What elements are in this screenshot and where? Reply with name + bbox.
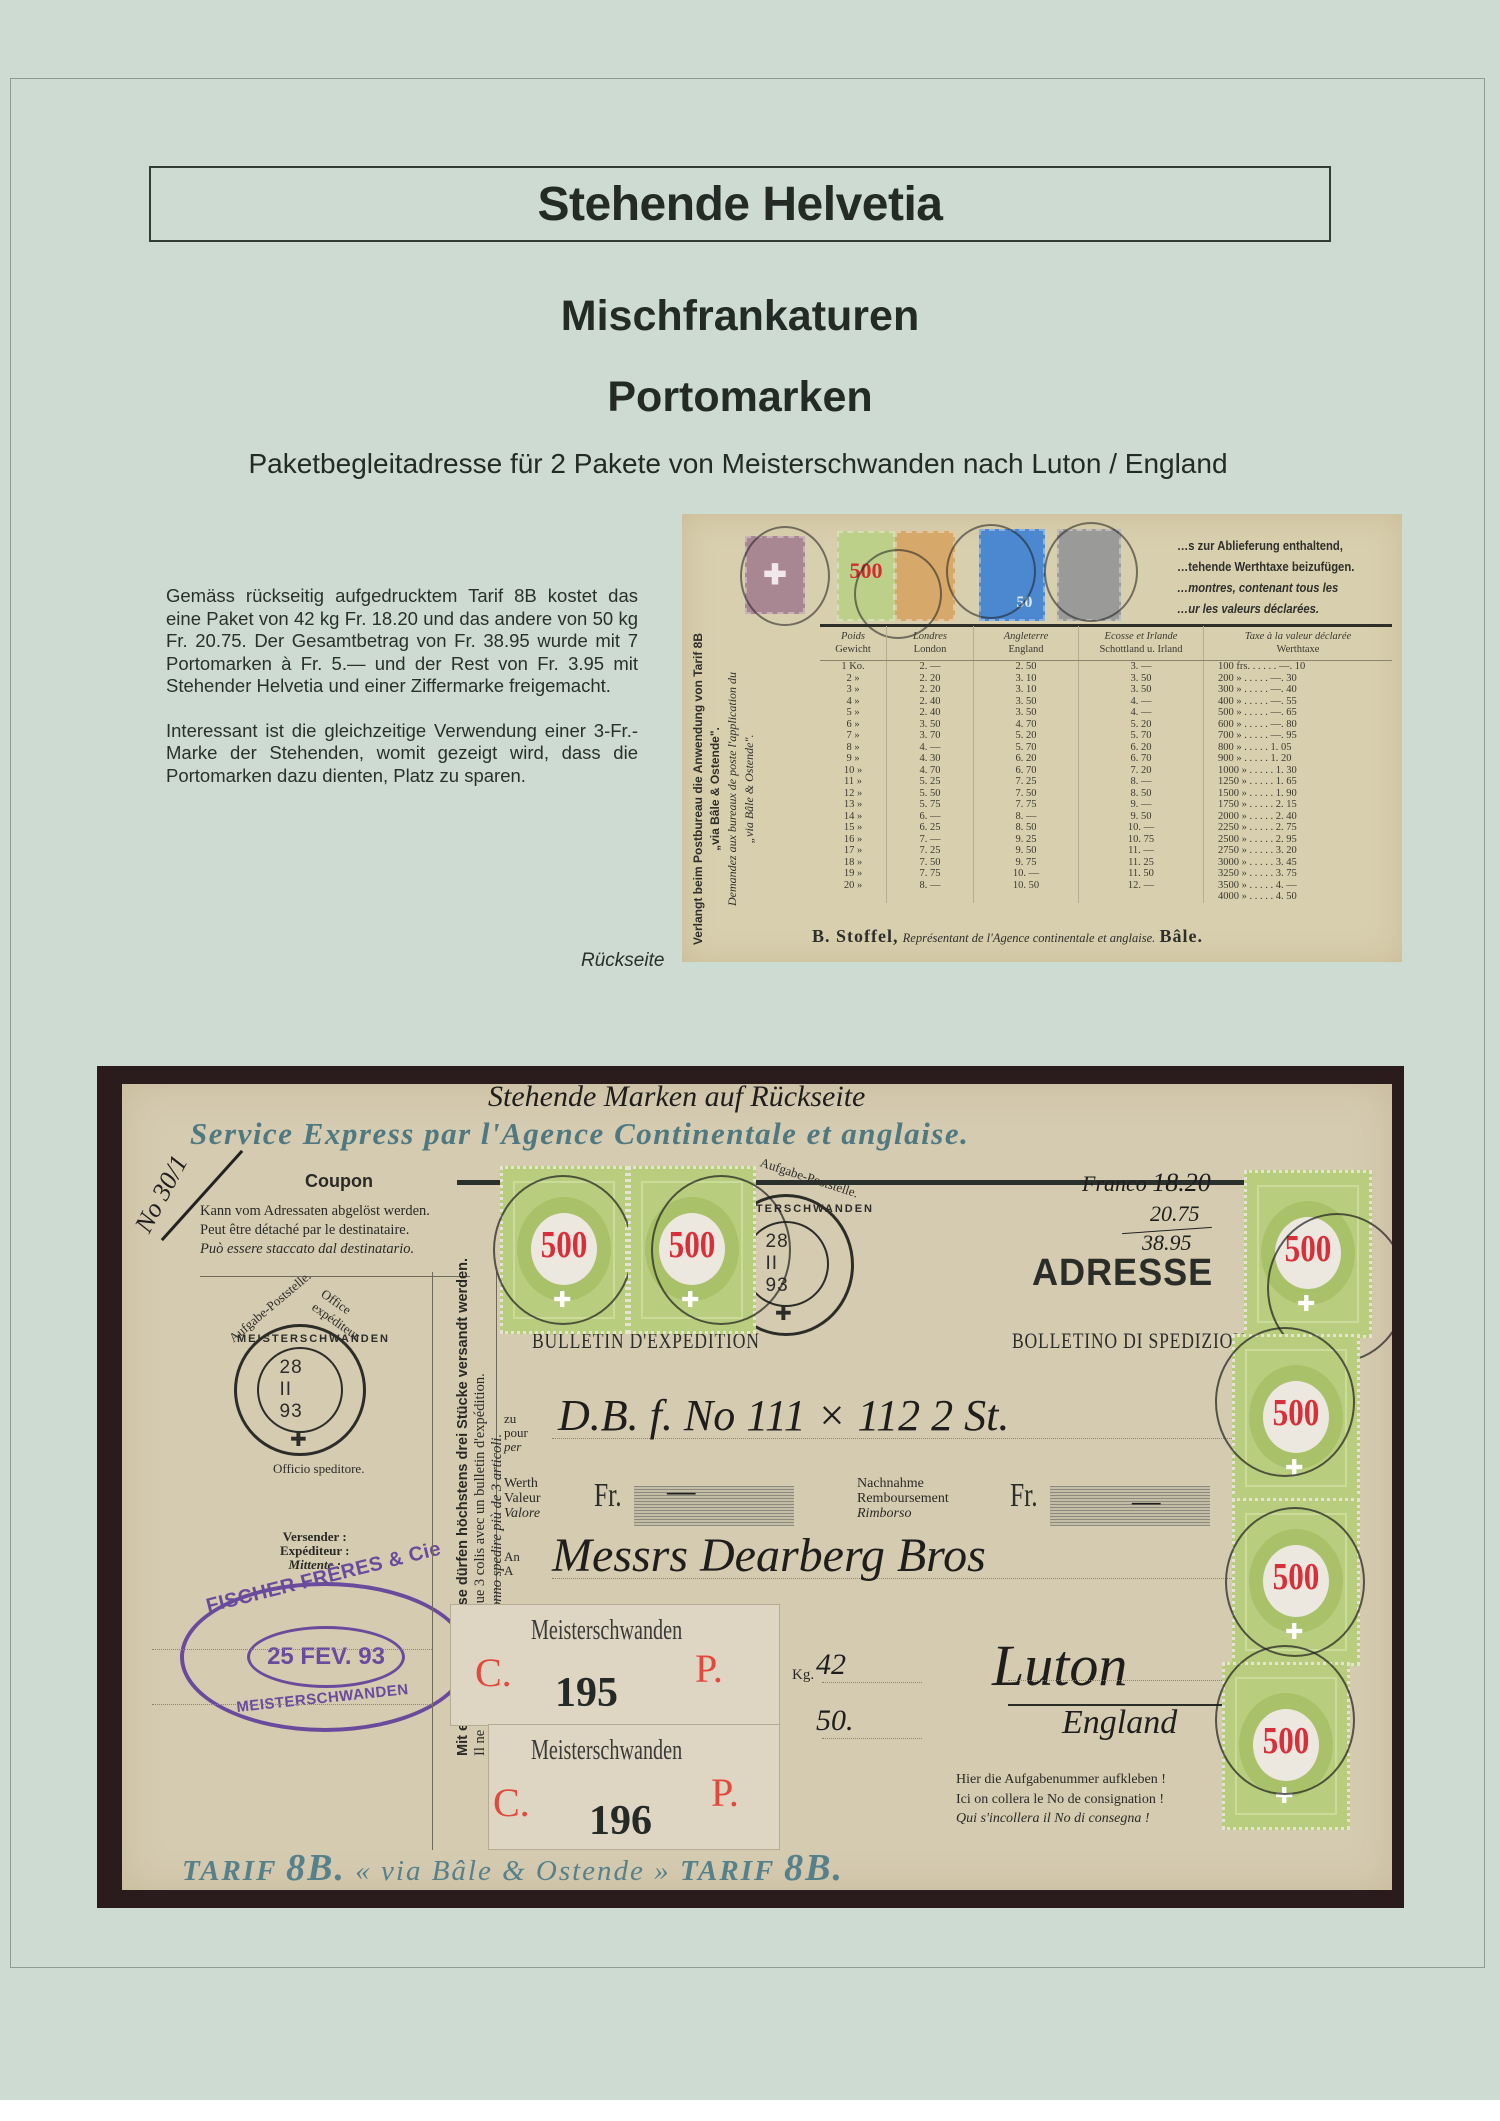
sender-line — [152, 1704, 432, 1705]
tariff-cell: 9. 50 — [1079, 811, 1204, 823]
sender-stamp-date: 25 FEV. 93 — [247, 1626, 405, 1688]
tariff-cell: 6. 25 — [887, 822, 974, 834]
tariff-cell: 10. — — [974, 868, 1079, 880]
column-divider — [432, 1272, 433, 1850]
tariff-cell: 2000 » . . . . . 2. 40 — [1204, 811, 1393, 823]
franco-amount: 20.75 — [1150, 1201, 1200, 1227]
tariff-cell: 16 » — [820, 834, 887, 846]
tariff-cell: 3000 » . . . . . 3. 45 — [1204, 857, 1393, 869]
werth-value: — — [667, 1472, 695, 1509]
tariff-cell: 2. — — [887, 661, 974, 673]
werth-field — [634, 1486, 794, 1526]
tariff-cell: 7. — — [887, 834, 974, 846]
heading-portomarken: Portomarken — [0, 373, 1480, 422]
zu-label: zu pour per — [504, 1412, 528, 1454]
tariff-cell: 2. 50 — [974, 661, 1079, 673]
tariff-row: 14 »6. —8. —9. 502000 » . . . . . 2. 40 — [820, 811, 1392, 823]
handwritten-number: No 30/1 — [129, 1150, 194, 1237]
tariff-row: 17 »7. 259. 5011. —2750 » . . . . . 3. 2… — [820, 845, 1392, 857]
tariff-cell: 7 » — [820, 730, 887, 742]
tariff-cell: 400 » . . . . . —. 55 — [1204, 696, 1393, 708]
postmark-ring — [1225, 1507, 1365, 1657]
tariff-cell: 5. 20 — [1079, 719, 1204, 731]
tariff-cell: 17 » — [820, 845, 887, 857]
page-title: Stehende Helvetia — [538, 177, 943, 232]
tariff-cell: 9. 25 — [974, 834, 1079, 846]
coupon-postmark: 28 II 93 MEISTERSCHWANDEN ✚ Aufgabe-Post… — [210, 1300, 388, 1478]
tariff-header: PoidsGewicht — [820, 626, 887, 661]
back-stamps-row: ✚ 500 50 …s zur Ablieferung enthaltend, … — [682, 514, 1402, 624]
postmark-ring — [493, 1175, 633, 1325]
tariff-cell: 4. — — [1079, 696, 1204, 708]
tariff-cell: 10 » — [820, 765, 887, 777]
coupon-title: Coupon — [305, 1171, 373, 1192]
tariff-header: Taxe à la valeur déclaréeWerthtaxe — [1204, 626, 1393, 661]
tariff-cell: 19 » — [820, 868, 887, 880]
tariff-row: 20 »8. —10. 5012. —3500 » . . . . . 4. — — [820, 880, 1392, 892]
tariff-cell: 8. — — [887, 880, 974, 892]
tariff-cell: 9. 50 — [974, 845, 1079, 857]
tariff-header: AngleterreEngland — [974, 626, 1079, 661]
tariff-cell: 6. — — [887, 811, 974, 823]
tariff-cell: 5. 50 — [887, 788, 974, 800]
tariff-row: 18 »7. 509. 7511. 253000 » . . . . . 3. … — [820, 857, 1392, 869]
tariff-row: 10 »4. 706. 707. 201000 » . . . . . 1. 3… — [820, 765, 1392, 777]
tariff-cell: 14 » — [820, 811, 887, 823]
description: Gemäss rückseitig aufgedrucktem Tarif 8B… — [166, 585, 638, 809]
adresse-title: ADRESSE — [1032, 1252, 1213, 1295]
tariff-row: 4 »2. 403. 504. —400 » . . . . . —. 55 — [820, 696, 1392, 708]
tariff-cell: 7. 50 — [887, 857, 974, 869]
tariff-cell: 6. 70 — [1079, 753, 1204, 765]
tariff-cell: 4000 » . . . . . 4. 50 — [1204, 891, 1393, 903]
tariff-row: 11 »5. 257. 258. —1250 » . . . . . 1. 65 — [820, 776, 1392, 788]
tariff-cell: 3. 50 — [1079, 684, 1204, 696]
tariff-cell: 600 » . . . . . —. 80 — [1204, 719, 1393, 731]
tariff-cell: 8 » — [820, 742, 887, 754]
city-line — [1008, 1680, 1248, 1681]
tariff-cell — [820, 891, 887, 903]
nachnahme-field — [1050, 1486, 1210, 1526]
tariff-cell: 7. 25 — [887, 845, 974, 857]
tariff-cell: 10. — — [1079, 822, 1204, 834]
tariff-row: 7 »3. 705. 205. 70700 » . . . . . —. 95 — [820, 730, 1392, 742]
tariff-cell: 11. 25 — [1079, 857, 1204, 869]
porto-stamp: 500 ✚ — [628, 1166, 756, 1334]
tariff-cell: 15 » — [820, 822, 887, 834]
description-paragraph-2: Interessant ist die gleichzeitige Verwen… — [166, 720, 638, 788]
tariff-cell: 2. 20 — [887, 684, 974, 696]
porto-stamp: 500 ✚ — [1222, 1662, 1350, 1830]
postmark-ring — [740, 526, 830, 626]
an-label: An A — [504, 1550, 520, 1578]
tariff-cell: 1000 » . . . . . 1. 30 — [1204, 765, 1393, 777]
porto-stamp: 500 ✚ — [1244, 1170, 1372, 1338]
kg-line — [822, 1738, 922, 1739]
album-page: Stehende Helvetia Mischfrankaturen Porto… — [0, 0, 1500, 2100]
description-paragraph-1: Gemäss rückseitig aufgedrucktem Tarif 8B… — [166, 585, 638, 698]
tariff-cell: 2250 » . . . . . 2. 75 — [1204, 822, 1393, 834]
weight-2: 50. — [816, 1704, 854, 1738]
tariff-cell: 11 » — [820, 776, 887, 788]
tariff-cell: 2. 40 — [887, 696, 974, 708]
tariff-cell: 20 » — [820, 880, 887, 892]
postmark-ring — [1215, 1327, 1355, 1477]
tariff-cell: 7. 20 — [1079, 765, 1204, 777]
tariff-cell: 7. 25 — [974, 776, 1079, 788]
tariff-cell: 4. 70 — [974, 719, 1079, 731]
tariff-row: 16 »7. —9. 2510. 752500 » . . . . . 2. 9… — [820, 834, 1392, 846]
tariff-cell: 9. — — [1079, 799, 1204, 811]
tariff-cell: 7. 50 — [974, 788, 1079, 800]
tariff-cell: 8. — — [974, 811, 1079, 823]
postmark-ring — [946, 524, 1036, 619]
tariff-cell: 1250 » . . . . . 1. 65 — [1204, 776, 1393, 788]
tariff-cell: 3500 » . . . . . 4. — — [1204, 880, 1393, 892]
tariff-cell: 2. 40 — [887, 707, 974, 719]
tariff-row: 8 »4. —5. 706. 20800 » . . . . . 1. 05 — [820, 742, 1392, 754]
tariff-cell: 2 » — [820, 673, 887, 685]
postmark-ring — [1044, 522, 1138, 622]
tariff-row: 6 »3. 504. 705. 20600 » . . . . . —. 80 — [820, 719, 1392, 731]
franco-label: Franco 18.20 — [1082, 1168, 1211, 1198]
tariff-cell — [974, 891, 1079, 903]
handwritten-note-top: Stehende Marken auf Rückseite — [488, 1084, 865, 1114]
consignment-label-196: Meisterschwanden C. 196 P. — [488, 1724, 780, 1850]
porto-stamp: 500 ✚ — [1232, 1498, 1360, 1666]
tariff-table: PoidsGewicht LondresLondon AngleterreEng… — [820, 626, 1392, 903]
tariff-header: Ecosse et IrlandeSchottland u. Irland — [1079, 626, 1204, 661]
kg-label: Kg. — [792, 1668, 814, 1682]
tariff-cell: 3250 » . . . . . 3. 75 — [1204, 868, 1393, 880]
tariff-cell: 900 » . . . . . 1. 20 — [1204, 753, 1393, 765]
tariff-cell: 4. — — [887, 742, 974, 754]
swiss-cross-icon: ✚ — [775, 1301, 792, 1326]
tariff-cell: 100 frs. . . . . . —. 10 — [1204, 661, 1393, 673]
nachnahme-label: Nachnahme Remboursement Rimborso — [857, 1476, 949, 1521]
destination-country: England — [1062, 1704, 1177, 1742]
tariff-cell: 3. 10 — [974, 684, 1079, 696]
tariff-cell: 3. 10 — [974, 673, 1079, 685]
tariff-cell: 300 » . . . . . —. 40 — [1204, 684, 1393, 696]
tariff-cell: 10. 50 — [974, 880, 1079, 892]
recipient-name: Messrs Dearberg Bros — [552, 1528, 986, 1583]
werth-label: Werth Valeur Valore — [504, 1476, 541, 1521]
weight-1: 42 — [816, 1648, 846, 1682]
franco-total: 38.95 — [1142, 1230, 1192, 1256]
tariff-cell: 12 » — [820, 788, 887, 800]
tariff-cell: 3. 70 — [887, 730, 974, 742]
tariff-cell: 5. 70 — [1079, 730, 1204, 742]
tariff-row: 1 Ko.2. —2. 503. —100 frs. . . . . . —. … — [820, 661, 1392, 673]
porto-stamp: 500 ✚ — [500, 1166, 628, 1334]
tariff-cell: 11. — — [1079, 845, 1204, 857]
back-footer: B. Stoffel, Représentant de l'Agence con… — [812, 926, 1392, 947]
tariff-cell: 18 » — [820, 857, 887, 869]
tariff-row: 12 »5. 507. 508. 501500 » . . . . . 1. 9… — [820, 788, 1392, 800]
tariff-cell — [887, 891, 974, 903]
title-box: Stehende Helvetia — [149, 166, 1331, 242]
tariff-cell: 9. 75 — [974, 857, 1079, 869]
postmark-outer-ring: 28 II 93 MEISTERSCHWANDEN ✚ — [234, 1324, 366, 1456]
tariff-cell: 1 Ko. — [820, 661, 887, 673]
tariff-cell: 5. 20 — [974, 730, 1079, 742]
porto-stamp: 500 ✚ — [1232, 1334, 1360, 1502]
tariff-cell: 4. 30 — [887, 753, 974, 765]
consignment-hint: Hier die Aufgabenummer aufkleben ! Ici o… — [956, 1770, 1166, 1829]
tariff-cell: 4 » — [820, 696, 887, 708]
heading-mischfrankaturen: Mischfrankaturen — [0, 292, 1480, 341]
nachnahme-fr: Fr. — [1010, 1477, 1038, 1515]
postmark-inner-ring: 28 II 93 — [257, 1347, 343, 1433]
tariff-cell: 1750 » . . . . . 2. 15 — [1204, 799, 1393, 811]
tariff-row: 19 »7. 7510. —11. 503250 » . . . . . 3. … — [820, 868, 1392, 880]
tariff-cell: 4. 70 — [887, 765, 974, 777]
tariff-row: 5 »2. 403. 504. —500 » . . . . . —. 65 — [820, 707, 1392, 719]
consignment-numbers: D.B. f. No 111 × 112 2 St. — [558, 1390, 1009, 1441]
tariff-cell: 7. 75 — [974, 799, 1079, 811]
postmark-ring — [1215, 1645, 1355, 1795]
tariff-cell: 1500 » . . . . . 1. 90 — [1204, 788, 1393, 800]
tariff-cell: 6. 20 — [1079, 742, 1204, 754]
tariff-cell: 700 » . . . . . —. 95 — [1204, 730, 1393, 742]
tariff-cell: 200 » . . . . . —. 30 — [1204, 673, 1393, 685]
destination-city: Luton — [992, 1632, 1127, 1699]
tariff-cell: 9 » — [820, 753, 887, 765]
tariff-cell: 2750 » . . . . . 3. 20 — [1204, 845, 1393, 857]
rueckseite-caption: Rückseite — [581, 950, 664, 972]
tariff-row: 9 »4. 306. 206. 70900 » . . . . . 1. 20 — [820, 753, 1392, 765]
tariff-header-row: PoidsGewicht LondresLondon AngleterreEng… — [820, 626, 1392, 661]
tariff-cell: 5. 25 — [887, 776, 974, 788]
tariff-cell: 3. 50 — [887, 719, 974, 731]
kg-line — [822, 1682, 922, 1683]
tariff-cell — [1079, 891, 1204, 903]
swiss-cross-icon: ✚ — [290, 1427, 307, 1452]
tariff-cell: 4. — — [1079, 707, 1204, 719]
tariff-cell: 6 » — [820, 719, 887, 731]
coupon-text: Kann vom Adressaten abgelöst werden. Peu… — [200, 1202, 465, 1259]
tariff-cell: 7. 75 — [887, 868, 974, 880]
tariff-cell: 2500 » . . . . . 2. 95 — [1204, 834, 1393, 846]
tariff-row: 2 »2. 203. 103. 50200 » . . . . . —. 30 — [820, 673, 1392, 685]
coupon-rule — [200, 1276, 470, 1277]
tariff-cell: 8. — — [1079, 776, 1204, 788]
tariff-row: 3 »2. 203. 103. 50300 » . . . . . —. 40 — [820, 684, 1392, 696]
tariff-cell: 11. 50 — [1079, 868, 1204, 880]
sender-line — [152, 1649, 432, 1650]
tariff-cell: 3. 50 — [974, 707, 1079, 719]
tariff-row: 4000 » . . . . . 4. 50 — [820, 891, 1392, 903]
tariff-cell: 6. 20 — [974, 753, 1079, 765]
front-side-card: Stehende Marken auf Rückseite Service Ex… — [122, 1084, 1392, 1890]
consignment-label-195: Meisterschwanden C. 195 P. — [450, 1604, 780, 1726]
tariff-cell: 500 » . . . . . —. 65 — [1204, 707, 1393, 719]
tarif-footer: TARIF 8B. « via Bâle & Ostende » TARIF 8… — [182, 1846, 844, 1890]
tariff-cell: 3. 50 — [974, 696, 1079, 708]
tariff-row: 15 »6. 258. 5010. —2250 » . . . . . 2. 7… — [820, 822, 1392, 834]
tariff-cell: 2. 20 — [887, 673, 974, 685]
tariff-cell: 6. 70 — [974, 765, 1079, 777]
sender-oval-stamp: FISCHER FRÈRES & Cie 25 FEV. 93 MEISTERS… — [180, 1582, 470, 1732]
tariff-cell: 8. 50 — [974, 822, 1079, 834]
tariff-body: 1 Ko.2. —2. 503. —100 frs. . . . . . —. … — [820, 661, 1392, 903]
tariff-cell: 3. — — [1079, 661, 1204, 673]
tariff-cell: 3. 50 — [1079, 673, 1204, 685]
vertical-tariff-note: Verlangt beim Postbureau die Anwendung v… — [690, 624, 758, 954]
tariff-header: LondresLondon — [887, 626, 974, 661]
back-side-card: ✚ 500 50 …s zur Ablieferung enthaltend, … — [682, 514, 1402, 962]
tariff-cell: 3 » — [820, 684, 887, 696]
service-title: Service Express par l'Agence Continental… — [190, 1116, 969, 1152]
tariff-cell: 12. — — [1079, 880, 1204, 892]
tariff-cell: 8. 50 — [1079, 788, 1204, 800]
tariff-row: 13 »5. 757. 759. —1750 » . . . . . 2. 15 — [820, 799, 1392, 811]
nachnahme-value: — — [1132, 1482, 1160, 1519]
postmark-ring — [651, 1175, 791, 1325]
tariff-cell: 5. 75 — [887, 799, 974, 811]
tariff-cell: 5. 70 — [974, 742, 1079, 754]
tariff-cell: 13 » — [820, 799, 887, 811]
tariff-cell: 5 » — [820, 707, 887, 719]
tariff-cell: 10. 75 — [1079, 834, 1204, 846]
back-note: …s zur Ablieferung enthaltend, …tehende … — [1177, 536, 1375, 620]
bulletin-it: BOLLETINO DI SPEDIZIONE — [1012, 1328, 1258, 1354]
subtitle: Paketbegleitadresse für 2 Pakete von Mei… — [0, 448, 1476, 480]
tariff-cell: 800 » . . . . . 1. 05 — [1204, 742, 1393, 754]
werth-fr: Fr. — [594, 1477, 622, 1515]
